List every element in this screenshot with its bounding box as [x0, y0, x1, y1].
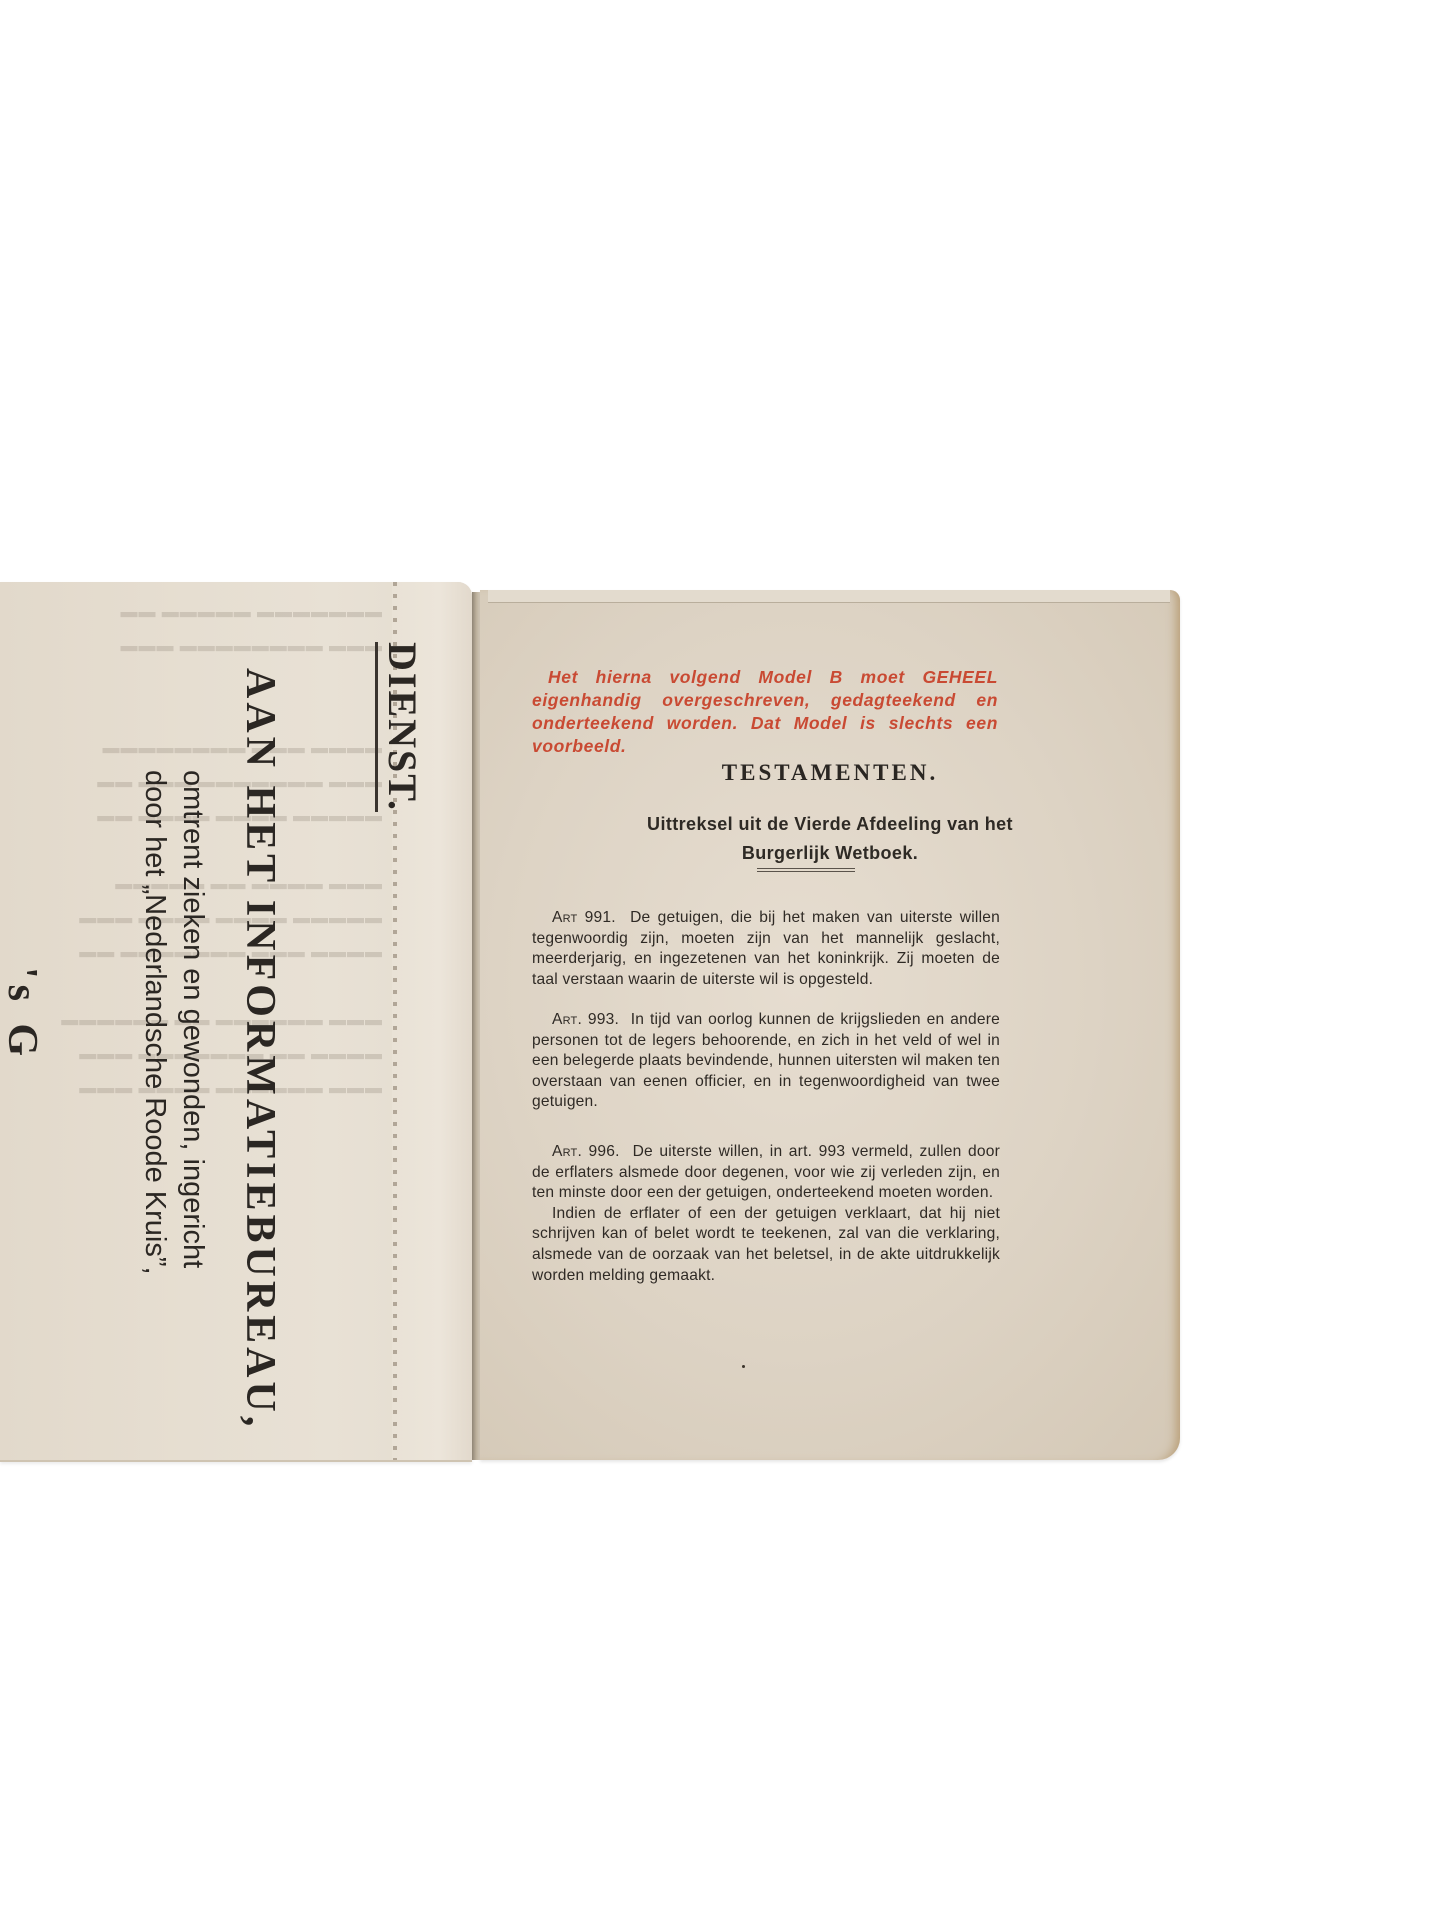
article-993: Art. 993. In tijd van oorlog kunnen de k… — [532, 1010, 1000, 1113]
subtitle-line-1: Uittreksel uit de Vierde Afdeeling van h… — [600, 810, 1060, 839]
article-label: Art 991. — [552, 909, 616, 926]
page-top-edge — [488, 590, 1170, 603]
article-label: Art. 996. — [552, 1143, 620, 1160]
left-card-page: ▬▬▬ ▬▬▬▬▬▬ ▬▬▬▬ ▬▬▬▬▬▬▬ ▬▬ ▬▬▬▬▬▬▬ ▬▬▬▬▬… — [0, 582, 472, 1462]
right-page: Het hierna volgend Model B moet GEHEEL e… — [480, 590, 1180, 1460]
article-label: Art. 993. — [552, 1011, 619, 1028]
book-spine — [472, 592, 480, 1460]
card-address-line-2: door het „Nederlandsche Roode Kruis”, — [140, 770, 170, 1275]
red-notice: Het hierna volgend Model B moet GEHEEL e… — [532, 666, 998, 758]
article-991: Art 991. De getuigen, die bij het maken … — [532, 908, 1000, 990]
subtitle-line-2: Burgerlijk Wetboek. — [600, 839, 1060, 868]
ink-speck — [742, 1365, 745, 1368]
page-title: TESTAMENTEN. — [480, 760, 1180, 786]
page-subtitle: Uittreksel uit de Vierde Afdeeling van h… — [600, 810, 1060, 868]
article-996: Art. 996. De uiterste willen, in art. 99… — [532, 1142, 1000, 1286]
double-rule-divider — [757, 868, 855, 872]
card-addressee: AAN HET INFORMATIEBUREAU, — [238, 668, 282, 1430]
card-address-line-1: omtrent zieken en gewonden, ingericht — [178, 770, 208, 1268]
card-header: DIENST. — [375, 642, 422, 812]
article-text: Indien de erflater of een der getuigen v… — [532, 1205, 1000, 1284]
card-city-partial: 's G — [0, 967, 44, 1062]
